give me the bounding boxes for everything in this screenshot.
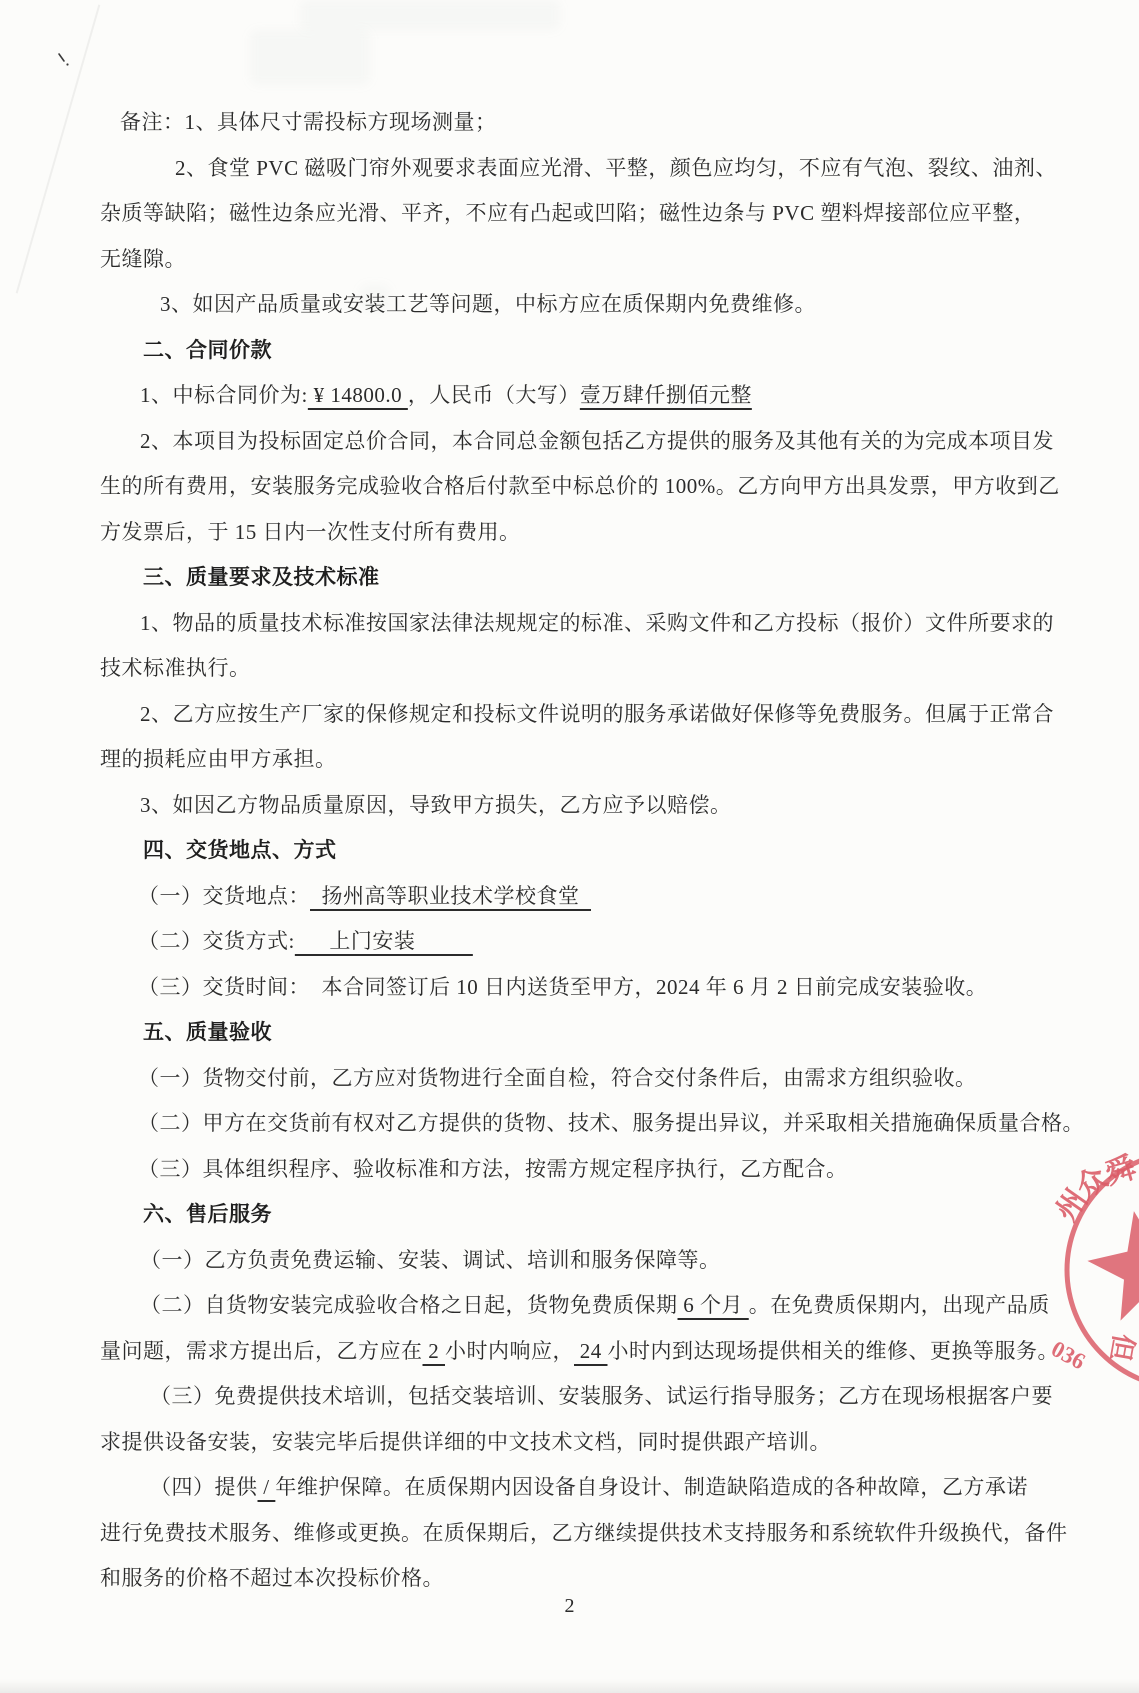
- text-segment: 生的所有费用，安装服务完成验收合格后付款至中标总价的 100%。乙方向甲方出具发…: [100, 474, 1060, 498]
- text-segment: （一）交货地点：: [138, 884, 310, 908]
- filled-blank: 上门安装: [295, 929, 473, 953]
- text-segment: 三、质量要求及技术标准: [143, 565, 380, 589]
- document-line: 生的所有费用，安装服务完成验收合格后付款至中标总价的 100%。乙方向甲方出具发…: [100, 464, 1139, 510]
- section-heading: 六、售后服务: [100, 1192, 1139, 1238]
- text-segment: 小时内响应，: [445, 1339, 574, 1363]
- text-segment: 3、如因乙方物品质量原因，导致甲方损失，乙方应予以赔偿。: [140, 793, 732, 817]
- document-line: 方发票后，于 15 日内一次性支付所有费用。: [100, 510, 1139, 556]
- text-segment: 。在免费质保期内，出现产品质: [749, 1293, 1050, 1317]
- document-line: 量问题，需求方提出后，乙方应在 2 小时内响应， 24 小时内到达现场提供相关的…: [100, 1329, 1139, 1375]
- document-line: 备注：1、具体尺寸需投标方现场测量；: [100, 100, 1139, 146]
- document-line: （三）免费提供技术培训，包括交装培训、安装服务、试运行指导服务；乙方在现场根据客…: [100, 1374, 1139, 1420]
- document-line: 进行免费技术服务、维修或更换。在质保期后，乙方继续提供技术支持服务和系统软件升级…: [100, 1511, 1139, 1557]
- text-segment: （一）货物交付前，乙方应对货物进行全面自检，符合交付条件后，由需求方组织验收。: [138, 1066, 977, 1090]
- star-icon: [1087, 1211, 1139, 1321]
- document-line: 2、本项目为投标固定总价合同，本合同总金额包括乙方提供的服务及其他有关的为完成本…: [100, 419, 1139, 465]
- filled-blank: 壹万肆仟捌佰元整: [580, 383, 752, 407]
- text-segment: 方发票后，于 15 日内一次性支付所有费用。: [100, 520, 521, 544]
- text-segment: 求提供设备安装，安装完毕后提供详细的中文技术文档，同时提供跟产培训。: [100, 1430, 831, 1454]
- text-segment: 1、中标合同价为:: [140, 383, 308, 407]
- text-segment: 2、乙方应按生产厂家的保修规定和投标文件说明的服务承诺做好保修等免费服务。但属于…: [140, 702, 1054, 726]
- text-segment: （二）自货物安装完成验收合格之日起，货物免费质保期: [140, 1293, 678, 1317]
- text-segment: 技术标准执行。: [100, 656, 251, 680]
- ghosting-smudge: [300, 0, 560, 30]
- text-segment: （二）甲方在交货前有权对乙方提供的货物、技术、服务提出异议，并采取相关措施确保质…: [138, 1111, 1084, 1135]
- document-line: （一）交货地点： 扬州高等职业技术学校食堂: [100, 874, 1139, 920]
- seal-bottom-number: 036: [1047, 1336, 1089, 1374]
- text-segment: 1、物品的质量技术标准按国家法律法规规定的标准、采购文件和乙方投标（报价）文件所…: [140, 611, 1054, 635]
- text-segment: 六、售后服务: [143, 1202, 272, 1226]
- document-line: （一）货物交付前，乙方应对货物进行全面自检，符合交付条件后，由需求方组织验收。: [100, 1056, 1139, 1102]
- text-segment: 杂质等缺陷；磁性边条应光滑、平齐，不应有凸起或凹陷；磁性边条与 PVC 塑料焊接…: [100, 201, 1035, 225]
- text-segment: 理的损耗应由甲方承担。: [100, 747, 337, 771]
- filled-blank: 6 个月: [678, 1293, 749, 1317]
- text-segment: 备注：1、具体尺寸需投标方现场测量；: [120, 110, 497, 134]
- section-heading: 五、质量验收: [100, 1010, 1139, 1056]
- text-segment: ，人民币（大写）: [408, 383, 580, 407]
- document-line: 2、食堂 PVC 磁吸门帘外观要求表面应光滑、平整，颜色应均匀，不应有气泡、裂纹…: [100, 146, 1139, 192]
- page-number: 2: [0, 1592, 1139, 1620]
- filled-blank: /: [258, 1475, 276, 1499]
- text-segment: 小时内到达现场提供相关的维修、更换等服务。: [608, 1339, 1060, 1363]
- filled-blank: 扬州高等职业技术学校食堂: [310, 884, 591, 908]
- document-line: （一）乙方负责免费运输、安装、调试、培训和服务保障等。: [100, 1238, 1139, 1284]
- filled-blank: ¥ 14800.0: [308, 383, 408, 407]
- text-segment: 2、本项目为投标固定总价合同，本合同总金额包括乙方提供的服务及其他有关的为完成本…: [140, 429, 1054, 453]
- document-line: 求提供设备安装，安装完毕后提供详细的中文技术文档，同时提供跟产培训。: [100, 1420, 1139, 1466]
- document-line: 3、如因乙方物品质量原因，导致甲方损失，乙方应予以赔偿。: [100, 783, 1139, 829]
- text-segment: （一）乙方负责免费运输、安装、调试、培训和服务保障等。: [140, 1248, 721, 1272]
- document-line: 杂质等缺陷；磁性边条应光滑、平齐，不应有凸起或凹陷；磁性边条与 PVC 塑料焊接…: [100, 191, 1139, 237]
- text-segment: （二）交货方式:: [138, 929, 295, 953]
- text-segment: （三）具体组织程序、验收标准和方法，按需方规定程序执行，乙方配合。: [138, 1157, 848, 1181]
- document-line: （四）提供 / 年维护保障。在质保期内因设备自身设计、制造缺陷造成的各种故障，乙…: [100, 1465, 1139, 1511]
- document-line: 1、物品的质量技术标准按国家法律法规规定的标准、采购文件和乙方投标（报价）文件所…: [100, 601, 1139, 647]
- document-line: （二）自货物安装完成验收合格之日起，货物免费质保期 6 个月 。在免费质保期内，…: [100, 1283, 1139, 1329]
- ghosting-smudge: [250, 30, 370, 85]
- text-segment: 3、如因产品质量或安装工艺等问题，中标方应在质保期内免费维修。: [160, 292, 816, 316]
- section-heading: 四、交货地点、方式: [100, 828, 1139, 874]
- text-segment: （三）免费提供技术培训，包括交装培训、安装服务、试运行指导服务；乙方在现场根据客…: [150, 1384, 1053, 1408]
- document-line: （三）具体组织程序、验收标准和方法，按需方规定程序执行，乙方配合。: [100, 1147, 1139, 1193]
- pen-mark: [56, 52, 74, 70]
- company-seal: 州 众 舜 036 但: [1035, 1128, 1139, 1418]
- document-line: 2、乙方应按生产厂家的保修规定和投标文件说明的服务承诺做好保修等免费服务。但属于…: [100, 692, 1139, 738]
- seal-bottom-char: 但: [1105, 1332, 1139, 1364]
- document-line: 1、中标合同价为: ¥ 14800.0 ，人民币（大写）壹万肆仟捌佰元整: [100, 373, 1139, 419]
- text-segment: 四、交货地点、方式: [143, 838, 337, 862]
- document-line: 技术标准执行。: [100, 646, 1139, 692]
- document-line: （三）交货时间： 本合同签订后 10 日内送货至甲方，2024 年 6 月 2 …: [100, 965, 1139, 1011]
- text-segment: 和服务的价格不超过本次投标价格。: [100, 1566, 444, 1590]
- document-line: （二）交货方式: 上门安装: [100, 919, 1139, 965]
- document-line: 3、如因产品质量或安装工艺等问题，中标方应在质保期内免费维修。: [100, 282, 1139, 328]
- text-segment: 进行免费技术服务、维修或更换。在质保期后，乙方继续提供技术支持服务和系统软件升级…: [100, 1521, 1068, 1545]
- section-heading: 二、合同价款: [100, 328, 1139, 374]
- filled-blank: 24: [574, 1339, 608, 1363]
- text-segment: 2、食堂 PVC 磁吸门帘外观要求表面应光滑、平整，颜色应均匀，不应有气泡、裂纹…: [175, 156, 1057, 180]
- text-segment: 年维护保障。在质保期内因设备自身设计、制造缺陷造成的各种故障，乙方承诺: [275, 1475, 1028, 1499]
- filled-blank: 2: [423, 1339, 446, 1363]
- text-segment: 二、合同价款: [143, 338, 272, 362]
- section-heading: 三、质量要求及技术标准: [100, 555, 1139, 601]
- contract-page: 备注：1、具体尺寸需投标方现场测量；2、食堂 PVC 磁吸门帘外观要求表面应光滑…: [0, 0, 1139, 1693]
- text-segment: 量问题，需求方提出后，乙方应在: [100, 1339, 423, 1363]
- document-line: 理的损耗应由甲方承担。: [100, 737, 1139, 783]
- text-segment: （三）交货时间： 本合同签订后 10 日内送货至甲方，2024 年 6 月 2 …: [138, 975, 987, 999]
- document-line: 无缝隙。: [100, 237, 1139, 283]
- document-body: 备注：1、具体尺寸需投标方现场测量；2、食堂 PVC 磁吸门帘外观要求表面应光滑…: [0, 100, 1139, 1602]
- text-segment: （四）提供: [150, 1475, 258, 1499]
- document-line: （二）甲方在交货前有权对乙方提供的货物、技术、服务提出异议，并采取相关措施确保质…: [100, 1101, 1139, 1147]
- text-segment: 无缝隙。: [100, 247, 186, 271]
- text-segment: 五、质量验收: [143, 1020, 272, 1044]
